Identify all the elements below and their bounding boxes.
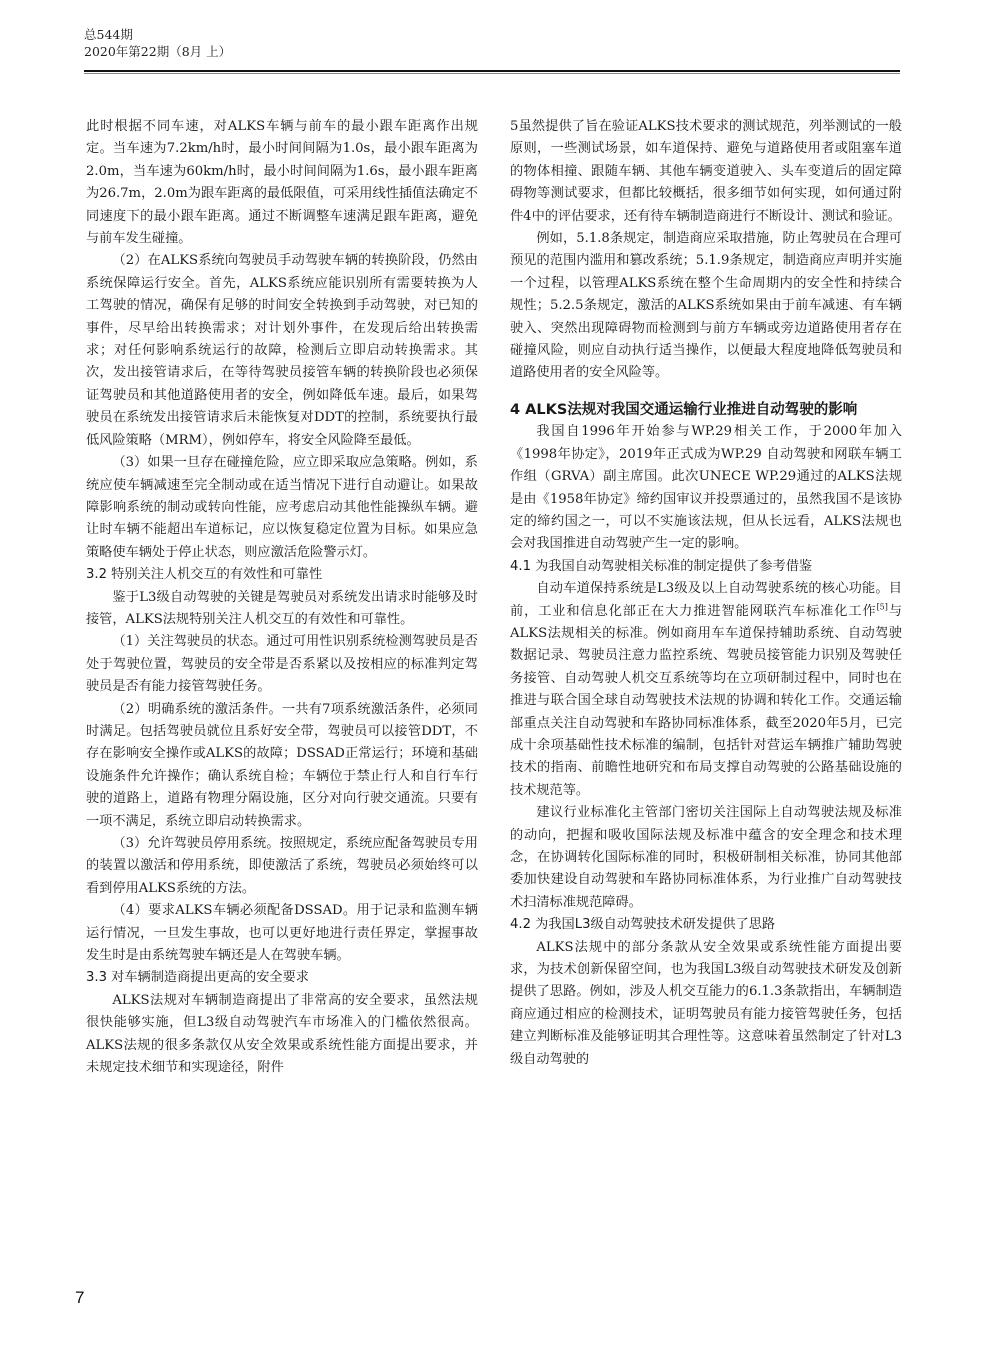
paragraph: （2）在ALKS系统向驾驶员手动驾驶车辆的转换阶段，仍然由系统保障运行安全。首先… [86, 250, 478, 452]
header-rule-thin [84, 73, 900, 74]
citation-ref: [5] [877, 602, 888, 611]
section-heading-4-2: 4.2 为我国L3级自动驾驶技术研发提供了思路 [510, 914, 902, 936]
paragraph: （4）要求ALKS车辆必须配备DSSAD。用于记录和监测车辆运行情况，一旦发生事… [86, 900, 478, 967]
paragraph: （3）允许驾驶员停用系统。按照规定，系统应配备驾驶员专用的装置以激活和停用系统，… [86, 833, 478, 900]
paragraph: 此时根据不同车速，对ALKS车辆与前车的最小跟车距离作出规定。当车速为7.2km… [86, 116, 478, 250]
header-rule [84, 70, 900, 72]
left-column: 此时根据不同车速，对ALKS车辆与前车的最小跟车距离作出规定。当车速为7.2km… [86, 116, 478, 1079]
issue-date: 2020年第22期（8月 上） [84, 43, 231, 60]
section-heading-3-2: 3.2 特别关注人机交互的有效性和可靠性 [86, 564, 478, 586]
section-heading-4-1: 4.1 为我国自动驾驶相关标准的制定提供了参考借鉴 [510, 556, 902, 578]
page-number: 7 [75, 1288, 84, 1308]
paragraph: （2）明确系统的激活条件。一共有7项系统激活条件，必须同时满足。包括驾驶员就位且… [86, 699, 478, 833]
paragraph: 例如，5.1.8条规定，制造商应采取措施，防止驾驶员在合理可预见的范围内滥用和篡… [510, 228, 902, 385]
paragraph: 鉴于L3级自动驾驶的关键是驾驶员对系统发出请求时能够及时接管，ALKS法规特别关… [86, 587, 478, 632]
paragraph: （1）关注驾驶员的状态。通过可用性识别系统检测驾驶员是否处于驾驶位置，驾驶员的安… [86, 631, 478, 698]
paragraph: 我国自1996年开始参与WP.29相关工作，于2000年加入《1998年协定》，… [510, 421, 902, 555]
issue-total: 总544期 [84, 26, 231, 43]
section-heading-4: 4 ALKS法规对我国交通运输行业推进自动驾驶的影响 [510, 399, 902, 421]
section-heading-3-3: 3.3 对车辆制造商提出更高的安全要求 [86, 967, 478, 989]
paragraph: 建议行业标准化主管部门密切关注国际上自动驾驶法规及标准的动向，把握和吸收国际法规… [510, 802, 902, 914]
paragraph-text: 与ALKS法规相关的标准。例如商用车车道保持辅助系统、自动驾驶数据记录、驾驶员注… [510, 604, 902, 798]
paragraph: （3）如果一旦存在碰撞危险，应立即采取应急策略。例如，系统应使车辆减速至完全制动… [86, 452, 478, 564]
right-column: 5虽然提供了旨在验证ALKS技术要求的测试规范，列举测试的一般原则，一些测试场景… [510, 116, 902, 1071]
paragraph: 5虽然提供了旨在验证ALKS技术要求的测试规范，列举测试的一般原则，一些测试场景… [510, 116, 902, 228]
paragraph-text: 自动车道保持系统是L3级及以上自动驾驶系统的核心功能。目前，工业和信息化部正在大… [510, 581, 902, 618]
paragraph: ALKS法规中的部分条款从安全效果或系统性能方面提出要求，为技术创新保留空间，也… [510, 937, 902, 1071]
paragraph: ALKS法规对车辆制造商提出了非常高的安全要求，虽然法规很快能够实施，但L3级自… [86, 990, 478, 1080]
paragraph: 自动车道保持系统是L3级及以上自动驾驶系统的核心功能。目前，工业和信息化部正在大… [510, 578, 902, 802]
running-header: 总544期 2020年第22期（8月 上） [84, 26, 231, 60]
